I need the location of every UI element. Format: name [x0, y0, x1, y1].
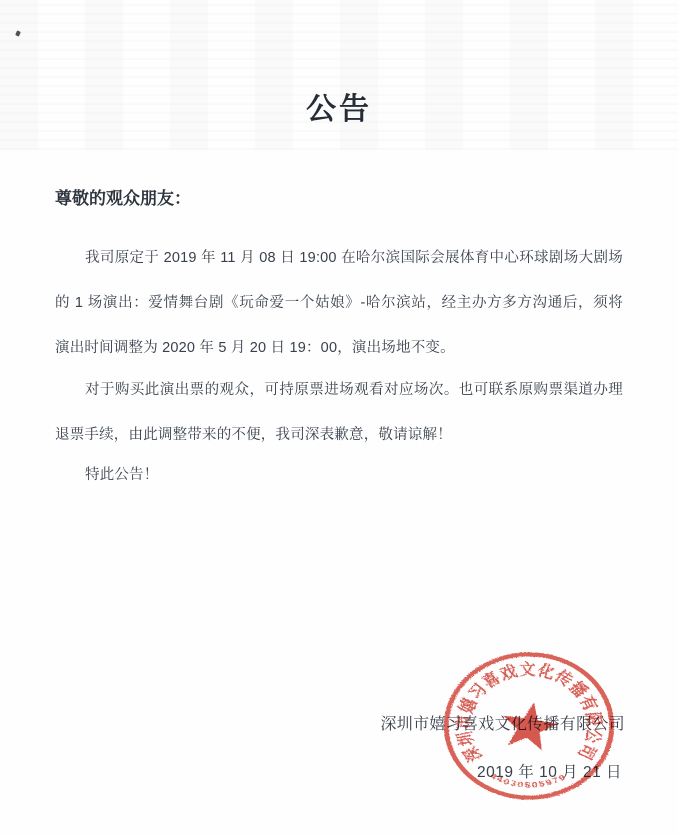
announcement-title: 公告 [0, 84, 678, 128]
paragraph-2-line-2: 退票手续，由此调整带来的不便，我司深表歉意，敬请谅解！ [55, 413, 623, 458]
closing-statement: 特此公告！ [55, 453, 623, 498]
signature-date: 2019 年 10 月 21 日 [477, 760, 622, 782]
body-paragraph-2: 对于购买此演出票的观众，可持原票进场观看对应场次。也可联系原购票渠道办理 退票手… [55, 368, 623, 458]
announcement-document: 公告 尊敬的观众朋友： 我司原定于 2019 年 11 月 08 日 19:00… [0, 0, 678, 835]
paragraph-1-line-2: 的 1 场演出：爱情舞台剧《玩命爱一个姑娘》-哈尔滨站，经主办方多方沟通后，须将 [55, 281, 623, 326]
body-paragraph-1: 我司原定于 2019 年 11 月 08 日 19:00 在哈尔滨国际会展体育中… [55, 236, 623, 371]
paragraph-2-line-1: 对于购买此演出票的观众，可持原票进场观看对应场次。也可联系原购票渠道办理 [55, 368, 623, 413]
company-name: 深圳市嬉习喜戏文化传播有限公司 [380, 711, 625, 734]
paragraph-1-line-3: 演出时间调整为 2020 年 5 月 20 日 19：00，演出场地不变。 [55, 326, 623, 371]
salutation: 尊敬的观众朋友： [55, 184, 191, 209]
closing-line: 特此公告！ [55, 453, 623, 498]
scan-speck [15, 30, 21, 36]
paragraph-1-line-1: 我司原定于 2019 年 11 月 08 日 19:00 在哈尔滨国际会展体育中… [55, 236, 623, 281]
